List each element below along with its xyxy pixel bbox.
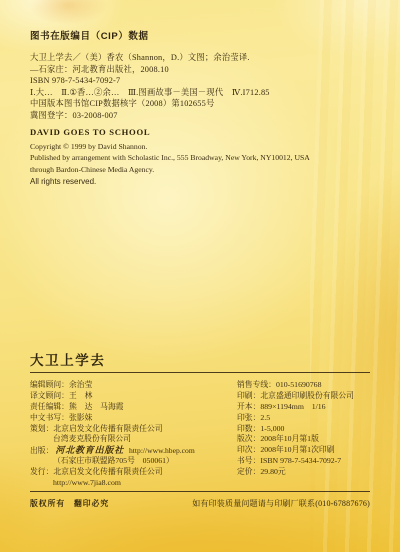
- chinese-calligraphy: 中文书写：张影妹: [30, 413, 235, 424]
- cip-line: Ⅰ.大… Ⅱ.①香…②余… Ⅲ.图画故事－美国－现代 Ⅳ.I712.85: [30, 87, 360, 99]
- english-copyright-block: DAVID GOES TO SCHOOL Copyright © 1999 by…: [30, 127, 370, 187]
- cip-header: 图书在版编目（CIP）数据: [30, 28, 149, 42]
- copyright-line: through Bardon-Chinese Media Agency.: [30, 164, 370, 175]
- printer: 印刷：北京盛通印刷股份有限公司: [237, 391, 387, 402]
- edition: 版次：2008年10月第1版: [237, 434, 387, 445]
- footer-row: 版权所有 翻印必究 如有印装质量问题请与印刷厂联系(010-67887676): [30, 498, 370, 509]
- planning-company-2: 台湾麦克股份有限公司: [30, 434, 235, 445]
- copyright-line: Published by arrangement with Scholastic…: [30, 152, 370, 163]
- translation-advisor: 译文顾问：王 林: [30, 391, 235, 402]
- cip-line: 中国版本图书馆CIP数据核字（2008）第102655号: [30, 98, 360, 110]
- all-rights-reserved: All rights reserved.: [30, 176, 370, 187]
- colophon-left-column: 编辑顾问：余治莹 译文顾问：王 林 责任编辑：熊 达 马海霞 中文书写：张影妹 …: [30, 380, 235, 489]
- publisher-name: 河北教育出版社: [55, 445, 124, 455]
- impression: 印次：2008年10月第1次印刷: [237, 445, 387, 456]
- book-title: 大卫上学去: [30, 349, 106, 369]
- quality-contact: 如有印装质量问题请与印刷厂联系(010-67887676): [192, 498, 370, 509]
- cip-line: 大卫上学去／（美）香农（Shannon，D.）文图；余治莹译.: [30, 52, 360, 64]
- copyright-notice: 版权所有 翻印必究: [30, 498, 109, 509]
- publisher-row: 出版：河北教育出版社http://www.hbep.com: [30, 445, 235, 456]
- cip-line: ISBN 978-7-5434-7092-7: [30, 75, 360, 87]
- cip-data-block: 大卫上学去／（美）香农（Shannon，D.）文图；余治莹译. —石家庄：河北教…: [30, 52, 360, 122]
- isbn-number: 书号：ISBN 978-7-5434-7092-7: [237, 456, 387, 467]
- print-run: 印数：1-5,000: [237, 424, 387, 435]
- colophon-right-column: 销售专线：010-51690768 印刷：北京盛通印刷股份有限公司 开本：889…: [237, 380, 387, 478]
- publisher-label: 出版：: [30, 446, 53, 455]
- distributor-url: http://www.7jia8.com: [30, 478, 235, 489]
- format-size: 开本：889×1194mm 1/16: [237, 402, 387, 413]
- copyright-line: Copyright © 1999 by David Shannon.: [30, 141, 370, 152]
- printed-sheets: 印张：2.5: [237, 413, 387, 424]
- publisher-url: http://www.hbep.com: [129, 446, 195, 455]
- distributor: 发行：北京启发文化传播有限责任公司: [30, 467, 235, 478]
- cip-registration-number: 冀图登字：03-2008-007: [30, 110, 360, 122]
- editor-advisor: 编辑顾问：余治莹: [30, 380, 235, 391]
- divider-line: [30, 491, 370, 492]
- publisher-address: （石家庄市联盟路705号 050061）: [30, 456, 235, 467]
- book-copyright-page: 图书在版编目（CIP）数据 大卫上学去／（美）香农（Shannon，D.）文图；…: [0, 0, 400, 552]
- responsible-editor: 责任编辑：熊 达 马海霞: [30, 402, 235, 413]
- price: 定价：29.80元: [237, 467, 387, 478]
- divider-line: [30, 372, 370, 373]
- english-book-title: DAVID GOES TO SCHOOL: [30, 127, 370, 138]
- cip-line: —石家庄：河北教育出版社，2008.10: [30, 64, 360, 76]
- sales-hotline: 销售专线：010-51690768: [237, 380, 387, 391]
- planning-company: 策划：北京启发文化传播有限责任公司: [30, 424, 235, 435]
